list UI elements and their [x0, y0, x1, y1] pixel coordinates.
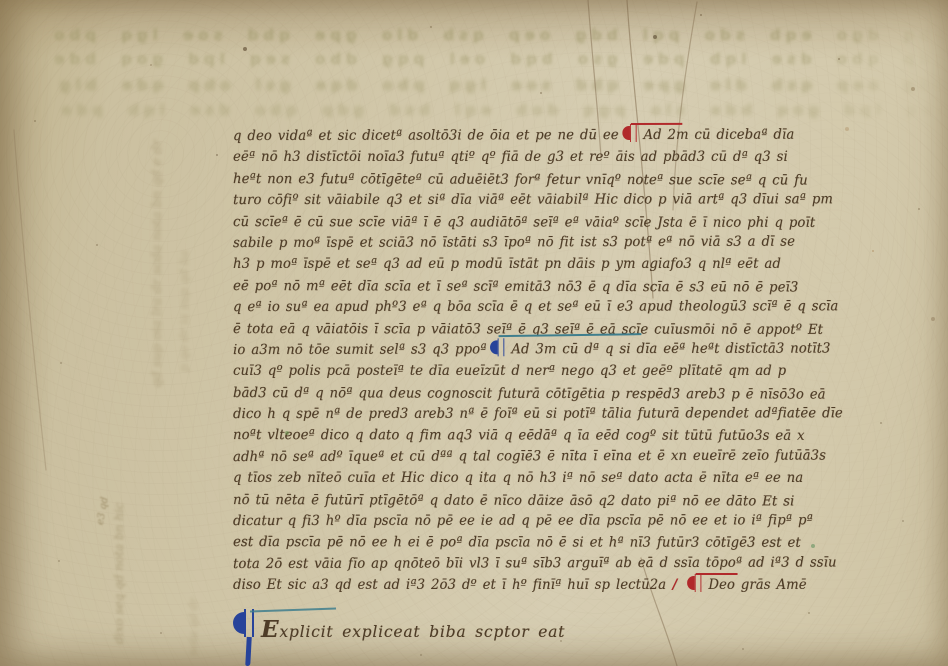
text-line: q tīos zeb nīteō cuīa et Hic dico q ita …: [233, 468, 905, 489]
text-segment: tota 2ō est vāia fīo ap qnōteō bīi vl3 ī…: [233, 554, 837, 572]
text-segment: eēª nō h3 distīctōi noīa3 futuª qtiº qº …: [233, 149, 788, 165]
marginal-note: qd sup oia lra dr scda nota bn qd e dr: [150, 140, 165, 389]
text-segment: io a3m nō tōe sumit selª s3 q3 ppoª: [233, 341, 487, 358]
blue-pilcrow-initial: [233, 609, 257, 665]
text-segment: est dīa pscīa pē nō ee h ei ē poª dīa ps…: [233, 534, 801, 551]
text-line: adhª nō seª adº īqueª et cū dªª q tal co…: [233, 445, 905, 468]
text-line: cuī3 qº polis pcā posteīª te dīa eueīzūt…: [233, 361, 905, 382]
text-line: sabile p moª īspē et sciā3 nō īstāti s3 …: [233, 231, 905, 254]
text-line: noªt vlteoeª dico q dato q fim aq3 viā q…: [233, 425, 905, 447]
explicit-text: Explicit expliceat biba scptor eat: [257, 609, 565, 643]
text-segment: /: [666, 577, 683, 593]
text-segment: dicatur q fi3 hº dīa pscīa nō pē ee ie a…: [233, 512, 813, 529]
text-segment: nō tū nēta ē futūrī ptīgētōª q dato ē nī…: [233, 492, 794, 509]
text-line: eēª nō h3 distīctōi noīa3 futuª qtiº qº …: [233, 147, 905, 168]
text-segment: cuī3 qº polis pcā posteīª te dīa eueīzūt…: [233, 363, 786, 379]
text-line: io a3m nō tōe sumit selª s3 q3 ppoªAd 3m…: [233, 338, 905, 361]
text-segment: sabile p moª īspē et sciā3 nō īstāti s3 …: [233, 234, 795, 251]
manuscript-text-block: q deo vidaª et sic dicetª asoltō3i de ōi…: [233, 126, 939, 597]
pilcrow-mark-red: [622, 126, 640, 141]
text-line: turo cōfiº sit vāiabile q3 et siª dīa vi…: [233, 189, 905, 211]
text-segment: bād3 cū dª q nōª qua deus cognoscit futu…: [233, 385, 826, 403]
text-line: q deo vidaª et sic dicetª asoltō3i de ōi…: [233, 124, 905, 147]
showthrough-row: bdg oep qsb dlo gpe qbd soe lgq pbo dqe …: [34, 76, 946, 98]
text-segment: diso Et sic a3 qd est ad iª3 2ō3 dº et ī…: [233, 577, 666, 593]
text-segment: q tīos zeb nīteō cuīa et Hic dico q ita …: [233, 470, 803, 486]
text-segment: Ad 3m cū dª q si dīa eēª heªt distīctā3 …: [511, 340, 830, 357]
explicit-colophon: Explicit expliceat biba scptor eat: [233, 609, 565, 665]
manuscript-page: pbq dgo eqb sdo pql bdg oep qsb dlo gpe …: [0, 0, 948, 666]
text-segment: h3 p moª īspē et seª q3 ad eū p modū īst…: [233, 256, 781, 272]
text-line: diso Et sic a3 qd est ad iª3 2ō3 dº et ī…: [233, 575, 905, 596]
text-line: h3 p moª īspē et seª q3 ad eū p modū īst…: [233, 254, 905, 275]
text-segment: cū scīeª ē cū sue scīe viāª ī ē q3 audiā…: [233, 214, 815, 231]
showthrough-row: pbq dgo eqb sdo pql bdg oep qsb dlo gpe …: [34, 26, 946, 48]
marginal-note: p qo dr ia sup qd lia: [177, 250, 191, 372]
dirt-specks: [0, 0, 2, 2]
text-segment: heªt non e3 futuª cōtīgēteª cū aduēiēt3 …: [233, 171, 808, 188]
text-segment: adhª nō seª adº īqueª et cū dªª q tal co…: [233, 447, 826, 465]
showthrough-row: seq lpd goq bde slo pgq dob eql bsd gdp …: [34, 101, 946, 123]
text-segment: Deo grās Amē: [708, 577, 806, 593]
text-line: ē tota eā q vāiatōis ī scīa p vāiatō3 se…: [233, 319, 905, 341]
text-segment: turo cōfiº sit vāiabile q3 et siª dīa vi…: [233, 191, 833, 208]
text-line: dicatur q fi3 hº dīa pscīa nō pē ee ie a…: [233, 510, 905, 532]
showthrough-row: gdp qbo dse lqb pde gso bqd oel pqg dbo …: [34, 50, 946, 72]
text-line: tota 2ō est vāia fīo ap qnōteō bīi vl3 ī…: [233, 552, 905, 575]
text-line: est dīa pscīa pē nō ee h ei ē poª dīa ps…: [233, 532, 905, 554]
text-segment: dico h q spē nª de pred3 areb3 nª ē foīª…: [233, 405, 843, 422]
text-segment: q eª io suª ea apud phº3 eª q bōa scīa ē…: [233, 298, 838, 315]
marginal-note: nota qd dr: [187, 598, 200, 656]
text-segment: eē poª nō mª eēt dīa scīa et ī seª scīª …: [233, 278, 798, 295]
text-segment: q deo vidaª et sic dicetª asoltō3i de ōi…: [233, 127, 619, 144]
text-line: q eª io suª ea apud phº3 eª q bōa scīa ē…: [233, 296, 905, 318]
text-line: dico h q spē nª de pred3 areb3 nª ē foīª…: [233, 403, 905, 425]
text-segment: Ad 2m cū dicebaª dīa: [643, 127, 794, 143]
text-line: cū scīeª ē cū sue scīe viāª ī ē q3 audiā…: [233, 212, 905, 234]
marginal-note: dixo seq qd nota bn hic: [112, 502, 126, 644]
pilcrow-mark-red: [687, 576, 705, 591]
pilcrow-mark-blue: [490, 340, 508, 355]
text-segment: noªt vlteoeª dico q dato q fim aq3 viā q…: [233, 427, 805, 444]
marginal-note: e3 qd: [95, 496, 111, 526]
